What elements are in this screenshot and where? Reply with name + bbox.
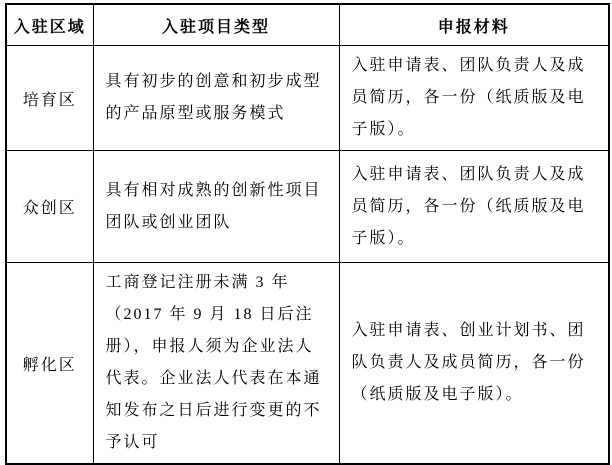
table-row-makerspace-zone: 众创区 具有相对成熟的创新性项目 团队或创业团队 入驻申请表、团队负责人及成 员… bbox=[6, 151, 609, 263]
project-type-cell: 具有相对成熟的创新性项目 团队或创业团队 bbox=[93, 151, 339, 263]
area-name-cell: 众创区 bbox=[6, 151, 93, 263]
area-name-cell: 培育区 bbox=[6, 46, 93, 151]
admission-requirements-table: 入驻区域 入驻项目类型 申报材料 培育区 具有初步的创意和初步成型 的产品原型或… bbox=[5, 3, 610, 465]
materials-cell: 入驻申请表、团队负责人及成 员简历，各一份（纸质版及电 子版）。 bbox=[339, 46, 609, 151]
table-row-incubation-zone: 孵化区 工商登记注册未满 3 年 （2017 年 9 月 18 日后注 册），申… bbox=[6, 263, 609, 465]
header-application-materials: 申报材料 bbox=[339, 4, 609, 46]
table-row-cultivation-zone: 培育区 具有初步的创意和初步成型 的产品原型或服务模式 入驻申请表、团队负责人及… bbox=[6, 46, 609, 151]
table-header-row: 入驻区域 入驻项目类型 申报材料 bbox=[6, 4, 609, 46]
header-project-type: 入驻项目类型 bbox=[93, 4, 339, 46]
area-name-cell: 孵化区 bbox=[6, 263, 93, 465]
materials-cell: 入驻申请表、团队负责人及成 员简历，各一份（纸质版及电 子版）。 bbox=[339, 151, 609, 263]
materials-cell: 入驻申请表、创业计划书、团 队负责人及成员简历，各一份 （纸质版及电子版）。 bbox=[339, 263, 609, 465]
project-type-cell: 具有初步的创意和初步成型 的产品原型或服务模式 bbox=[93, 46, 339, 151]
header-entry-area: 入驻区域 bbox=[6, 4, 93, 46]
project-type-cell: 工商登记注册未满 3 年 （2017 年 9 月 18 日后注 册），申报人须为… bbox=[93, 263, 339, 465]
